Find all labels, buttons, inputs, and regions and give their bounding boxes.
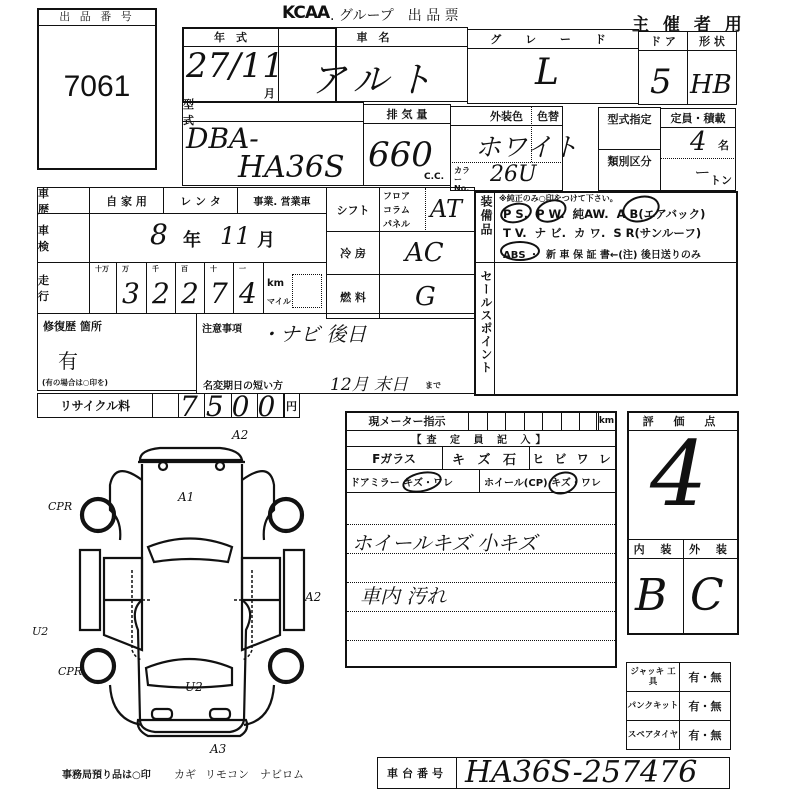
- mileage-digit-cell: 百2: [175, 262, 205, 314]
- inspection-month: 11: [220, 222, 251, 250]
- displacement-unit: C.C.: [424, 172, 444, 182]
- car-body-diagram: [60, 420, 330, 750]
- history-option-business[interactable]: 事業. 営業車: [237, 187, 327, 214]
- color-change-label: 色替: [537, 108, 559, 124]
- meter-digit-cell[interactable]: [505, 411, 525, 431]
- mileage-digit-cell: 千2: [146, 262, 176, 314]
- caution-label: 注意事項: [202, 320, 242, 335]
- office-item-navirom[interactable]: ナビロム: [260, 766, 304, 782]
- accessory-label: ジャッキ 工具: [626, 662, 680, 692]
- mileage-unit-mile: マイル: [267, 296, 291, 307]
- recycle-digit-cell: [152, 393, 179, 418]
- inspector-note-2: 車内 汚れ: [360, 580, 446, 609]
- mileage-digit-value: 2: [152, 277, 170, 310]
- note-line-4: [347, 611, 615, 612]
- meter-digit-cell[interactable]: [487, 411, 507, 431]
- note-line-5: [347, 640, 615, 641]
- chassis-value: HA36S-257476: [465, 755, 697, 790]
- color-value: ホワイト: [475, 127, 578, 164]
- mileage-label: 走 行: [37, 262, 90, 314]
- mileage-digit-label: 十: [210, 264, 217, 274]
- chassis-label: 車台番号: [377, 757, 457, 789]
- mileage-digit-value: 2: [181, 277, 199, 310]
- recycle-value: 7500: [180, 390, 283, 423]
- office-item-remote[interactable]: リモコン: [205, 766, 249, 782]
- meter-unit: km: [596, 411, 617, 431]
- rename-value: 12月 末日: [330, 370, 408, 395]
- diagram-mark-rear: A3: [210, 742, 226, 756]
- inspection-year-unit: 年: [183, 226, 201, 252]
- ac-label: 冷 房: [326, 231, 380, 275]
- mirror-label: ドアミラー: [350, 474, 400, 489]
- fuel-value: G: [415, 282, 436, 312]
- recycle-unit: 円: [283, 393, 300, 418]
- meter-digit-cell[interactable]: [542, 411, 562, 431]
- meter-label: 現メーター指示: [345, 411, 469, 431]
- diagram-mark-hood: A1: [178, 490, 194, 504]
- diagram-mark-trunk: U2: [185, 680, 203, 694]
- capacity-unit: 名: [718, 137, 729, 153]
- history-label: 車 歴: [37, 187, 90, 214]
- load-value: ー: [693, 160, 709, 183]
- mileage-digit-label: 万: [122, 264, 129, 274]
- glass-label: Fガラス: [345, 446, 443, 470]
- meter-digit-cell[interactable]: [524, 411, 544, 431]
- equipment-row-2: T V. ナ ビ. カ ワ. S R(サンルーフ): [503, 225, 701, 241]
- mileage-unit-km: km: [267, 278, 284, 289]
- meter-digit-cell[interactable]: [561, 411, 581, 431]
- accessory-label: スペアタイヤ: [626, 720, 680, 750]
- office-item-key[interactable]: カギ: [174, 766, 196, 782]
- inspector-section-label: 【査 定 員 記 入】: [345, 430, 617, 447]
- repair-label: 修復歴 箇所: [43, 318, 102, 334]
- accessory-value[interactable]: 有・無: [679, 691, 731, 721]
- mileage-digit-cell: 万3: [116, 262, 147, 314]
- form-title: . グループ 出 品 票: [330, 5, 459, 25]
- inspection-cell: [89, 213, 327, 263]
- mileage-digit-value: 4: [239, 277, 257, 310]
- shape-label: 形 状: [687, 31, 737, 51]
- load-unit: トン: [710, 172, 732, 188]
- lot-number-label: 出 品 番 号: [37, 8, 157, 26]
- mileage-unit-box[interactable]: [292, 274, 322, 308]
- repair-note: (有の場合は○印を): [42, 377, 108, 388]
- accessory-value[interactable]: 有・無: [679, 720, 731, 750]
- grade-label: グ レ ー ド: [467, 29, 639, 49]
- inspection-label: 車 検: [37, 213, 90, 263]
- mileage-digit-value: 3: [122, 277, 140, 310]
- doors-value: 5: [650, 62, 672, 102]
- glass-option-crack[interactable]: ヒ ビ ワ レ: [529, 446, 617, 470]
- equipment-bottom-divider: [474, 262, 738, 263]
- color-no-value: 26U: [490, 162, 537, 187]
- repair-value: 有: [58, 345, 78, 374]
- mileage-digit-label: 千: [152, 264, 159, 274]
- mileage-digit-value: 7: [210, 277, 228, 310]
- doors-label: ド ア: [638, 31, 688, 51]
- year-value: 27/11: [186, 46, 284, 86]
- displacement-label: 排 気 量: [363, 104, 451, 124]
- meter-digit-cell[interactable]: [468, 411, 488, 431]
- model-label: 型 式: [182, 102, 364, 122]
- shift-value: AT: [430, 195, 462, 223]
- shift-label: シフト: [326, 187, 380, 232]
- ac-value: AC: [405, 238, 444, 268]
- mileage-digit-label: 一: [239, 264, 246, 274]
- name-label: 車 名: [278, 27, 468, 47]
- sales-point-label: セールスポイント: [478, 270, 495, 374]
- note-line-1: [347, 524, 615, 525]
- history-option-private[interactable]: 自 家 用: [89, 187, 164, 214]
- shift-options-divider: [425, 188, 426, 230]
- equipment-label: 装備品: [478, 195, 495, 237]
- capacity-label: 定員・積載: [660, 108, 736, 128]
- accessory-label: パンクキット: [626, 691, 680, 721]
- equipment-row-1: P S. P W. 純AW. A B(エアバック): [503, 206, 705, 222]
- grade-value: L: [535, 52, 559, 93]
- circle-mark-abs: [500, 241, 540, 261]
- brand-logo: KCAA: [282, 3, 329, 23]
- exterior-label: 外 装: [683, 539, 739, 559]
- lot-number-value: 7061: [37, 70, 157, 104]
- glass-option-chip[interactable]: キ ズ 石: [442, 446, 530, 470]
- displacement-value: 660: [368, 135, 433, 175]
- history-option-rental[interactable]: レ ン タ: [163, 187, 238, 214]
- inspection-month-unit: 月: [257, 226, 275, 252]
- wheel-label: ホイール(CP): [484, 474, 548, 489]
- interior-value: B: [635, 570, 667, 621]
- score-value: 4: [650, 430, 707, 520]
- diagram-mark-front: A2: [232, 428, 248, 442]
- model-value-2: HA36S: [238, 150, 345, 185]
- shift-option-panel[interactable]: パネル: [383, 217, 410, 230]
- year-label: 年 式: [182, 27, 279, 47]
- inspector-note-1: ホイールキズ 小キズ: [352, 527, 537, 556]
- category-label: 類別区分: [598, 149, 661, 191]
- capacity-value: 4: [690, 127, 707, 157]
- mileage-digit-cell: 十万: [89, 262, 117, 314]
- diagram-mark-left-side: U2: [32, 625, 48, 638]
- interior-label: 内 装: [627, 539, 684, 559]
- mileage-digit-cell: 十7: [204, 262, 234, 314]
- mileage-digit-label: 十万: [95, 264, 109, 274]
- type-designation-label: 型式指定: [598, 107, 661, 150]
- mileage-digit-label: 百: [181, 264, 188, 274]
- diagram-mark-left-front-wheel: CPR: [48, 500, 72, 513]
- capacity-divider: [660, 158, 736, 159]
- diagram-mark-left-rear-wheel: CPR: [58, 665, 82, 678]
- mileage-digit-cell: 一4: [233, 262, 264, 314]
- shift-option-floor[interactable]: フロア: [383, 189, 410, 202]
- shape-value: HB: [690, 70, 732, 100]
- shift-option-column[interactable]: コラム: [383, 203, 410, 216]
- exterior-value: C: [690, 570, 724, 621]
- accessory-value[interactable]: 有・無: [679, 662, 731, 692]
- office-items-label: 事務局預り品は○印: [62, 766, 151, 781]
- caution-value: ・ナビ 後日: [260, 318, 366, 347]
- recycle-label: リサイクル料: [37, 393, 153, 418]
- rename-suffix: まで: [425, 380, 441, 391]
- diagram-mark-right-side: A2: [305, 590, 321, 604]
- inspection-year: 8: [150, 218, 168, 251]
